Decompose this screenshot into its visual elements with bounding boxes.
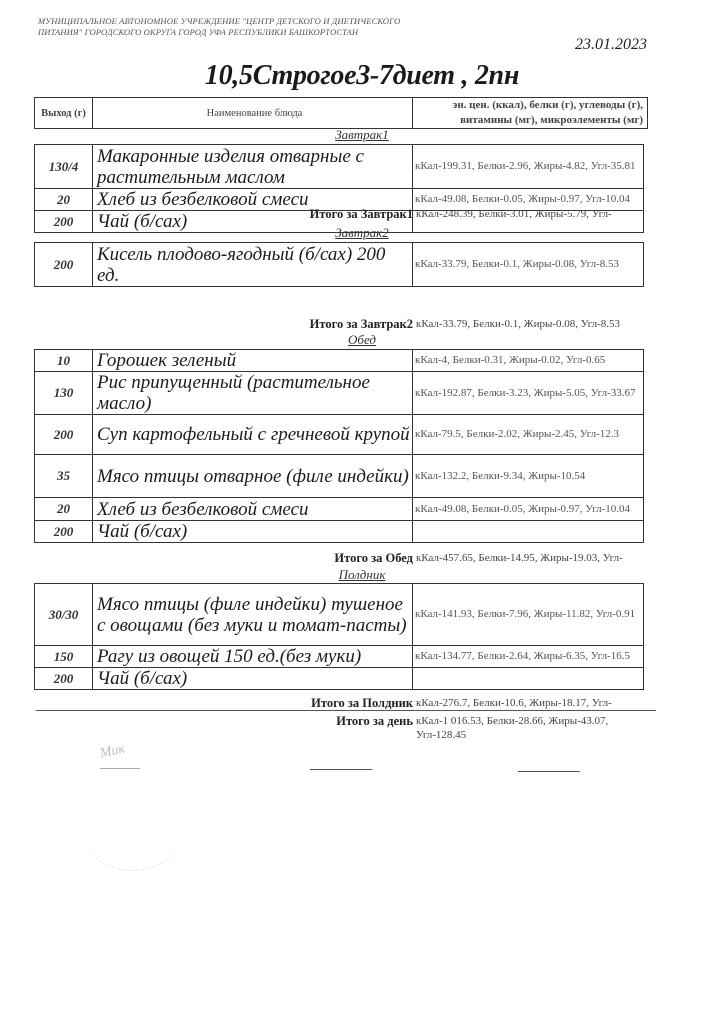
meal-total-label: Итого за Обед: [334, 551, 413, 565]
dish-nutrition: [413, 521, 644, 543]
dish-nutrition: кКал-192.87, Белки-3.23, Жиры-5.05, Угл-…: [413, 372, 644, 415]
dish-name: Макаронные изделия отварные с растительн…: [93, 145, 413, 189]
dish-name: Мясо птицы отварное (филе индейки): [93, 455, 413, 498]
table-row: 30/30Мясо птицы (филе индейки) тушеное с…: [35, 584, 644, 646]
dish-name: Рис припущенный (растительное масло): [93, 372, 413, 415]
dish-name: Хлеб из безбелковой смеси: [93, 498, 413, 521]
dish-nutrition: кКал-49.08, Белки-0.05, Жиры-0.97, Угл-1…: [413, 498, 644, 521]
table-row: 20Хлеб из безбелковой смесикКал-49.08, Б…: [35, 498, 644, 521]
dish-yield: 30/30: [35, 584, 93, 646]
day-total-value: кКал-1 016.53, Белки-28.66, Жиры-43.07, …: [416, 714, 656, 742]
dish-name: Мясо птицы (филе индейки) тушеное с овощ…: [93, 584, 413, 646]
table-row: 10Горошек зеленыйкКал-4, Белки-0.31, Жир…: [35, 350, 644, 372]
table-row: 200Чай (б/сах): [35, 668, 644, 690]
col-nutrition: эн. цен. (ккал), белки (г), углеводы (г)…: [413, 98, 648, 129]
menu-date: 23.01.2023: [575, 36, 647, 54]
meal-total-label: Итого за Завтрак1: [310, 207, 413, 221]
menu-title: 10,5Строгое3-7диет , 2пн: [0, 60, 724, 92]
meal-section-title: Полдник: [0, 567, 724, 583]
meal-section-title: Завтрак1: [0, 127, 724, 143]
dish-nutrition: кКал-33.79, Белки-0.1, Жиры-0.08, Угл-8.…: [413, 243, 644, 287]
dish-yield: 200: [35, 521, 93, 543]
meal-total-value: кКал-248.39, Белки-3.01, Жиры-5.79, Угл-: [416, 207, 656, 221]
signature: Мuк: [99, 742, 127, 763]
col-yield: Выход (г): [35, 98, 93, 129]
dish-nutrition: кКал-132.2, Белки-9.34, Жиры-10.54: [413, 455, 644, 498]
col-name: Наименование блюда: [93, 98, 413, 129]
dish-yield: 200: [35, 243, 93, 287]
dish-name: Суп картофельный с гречневой крупой: [93, 415, 413, 455]
dish-name: Кисель плодово-ягодный (б/сах) 200 ед.: [93, 243, 413, 287]
meal-table: 200Кисель плодово-ягодный (б/сах) 200 ед…: [34, 242, 644, 287]
table-row: 35Мясо птицы отварное (филе индейки)кКал…: [35, 455, 644, 498]
meal-total-value: кКал-457.65, Белки-14.95, Жиры-19.03, Уг…: [416, 551, 656, 565]
dish-yield: 10: [35, 350, 93, 372]
organization-name: МУНИЦИПАЛЬНОЕ АВТОНОМНОЕ УЧРЕЖДЕНИЕ "ЦЕН…: [38, 16, 438, 37]
dish-yield: 130/4: [35, 145, 93, 189]
dish-yield: 35: [35, 455, 93, 498]
dish-nutrition: кКал-199.31, Белки-2.96, Жиры-4.82, Угл-…: [413, 145, 644, 189]
signature-line-2: [310, 769, 372, 770]
dish-nutrition: [413, 668, 644, 690]
dish-nutrition: кКал-4, Белки-0.31, Жиры-0.02, Угл-0.65: [413, 350, 644, 372]
dish-yield: 150: [35, 646, 93, 668]
table-row: 200Суп картофельный с гречневой крупойкК…: [35, 415, 644, 455]
dish-nutrition: кКал-141.93, Белки-7.96, Жиры-11.82, Угл…: [413, 584, 644, 646]
meal-section-title: Обед: [0, 332, 724, 348]
day-total-label: Итого за день: [336, 714, 413, 728]
meal-table: 30/30Мясо птицы (филе индейки) тушеное с…: [34, 583, 644, 690]
dish-yield: 200: [35, 415, 93, 455]
table-row: 150Рагу из овощей 150 ед.(без муки)кКал-…: [35, 646, 644, 668]
dish-name: Чай (б/сах): [93, 521, 413, 543]
dish-name: Горошек зеленый: [93, 350, 413, 372]
dish-nutrition: кКал-134.77, Белки-2.64, Жиры-6.35, Угл-…: [413, 646, 644, 668]
dish-yield: 130: [35, 372, 93, 415]
meal-total-value: кКал-33.79, Белки-0.1, Жиры-0.08, Угл-8.…: [416, 317, 656, 331]
dish-yield: 200: [35, 668, 93, 690]
meal-total-label: Итого за Полдник: [311, 696, 413, 710]
table-row: 130/4Макаронные изделия отварные с расти…: [35, 145, 644, 189]
dish-yield: 20: [35, 189, 93, 211]
table-row: 200Чай (б/сах): [35, 521, 644, 543]
divider-line: [36, 710, 656, 711]
meal-section-title: Завтрак2: [0, 225, 724, 241]
dish-nutrition: кКал-79.5, Белки-2.02, Жиры-2.45, Угл-12…: [413, 415, 644, 455]
signature-line-3: [518, 771, 580, 772]
signature-line: [100, 768, 140, 769]
meal-total-label: Итого за Завтрак2: [310, 317, 413, 331]
table-row: 130Рис припущенный (растительное масло)к…: [35, 372, 644, 415]
dish-yield: 20: [35, 498, 93, 521]
table-row: 200Кисель плодово-ягодный (б/сах) 200 ед…: [35, 243, 644, 287]
meal-table: 10Горошек зеленыйкКал-4, Белки-0.31, Жир…: [34, 349, 644, 543]
stamp-mark: [82, 790, 182, 871]
dish-name: Рагу из овощей 150 ед.(без муки): [93, 646, 413, 668]
dish-name: Чай (б/сах): [93, 668, 413, 690]
meal-total-value: кКал-276.7, Белки-10.6, Жиры-18.17, Угл-: [416, 696, 656, 710]
column-header-table: Выход (г) Наименование блюда эн. цен. (к…: [34, 97, 648, 129]
